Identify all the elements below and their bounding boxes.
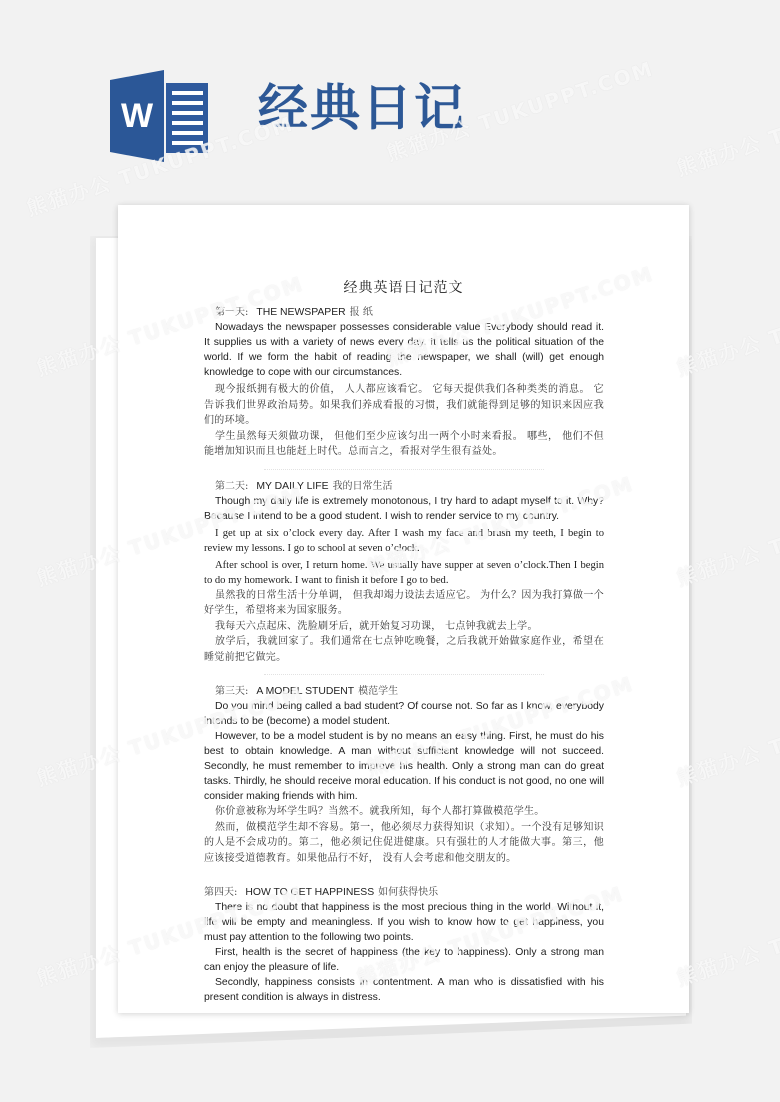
entry-title-zh: 如何获得快乐 bbox=[378, 887, 438, 898]
paragraph: After school is over, I return home. We … bbox=[204, 558, 604, 588]
paragraph: There is no doubt that happiness is the … bbox=[204, 900, 604, 945]
paragraph: However, to be a model student is by no … bbox=[204, 729, 604, 804]
paragraph: 你价意被称为坏学生吗？当然不。就我所知，每个人都打算做模范学生。 bbox=[204, 804, 604, 820]
section-divider bbox=[264, 469, 544, 470]
entry-heading: 第二天:MY DAILY LIFE我的日常生活 bbox=[204, 479, 604, 494]
header-banner: W 经典日记 bbox=[0, 0, 780, 200]
paragraph: Nowadays the newspaper possesses conside… bbox=[204, 320, 604, 380]
section-divider bbox=[264, 674, 544, 675]
entry-title-zh: 模范学生 bbox=[358, 686, 398, 697]
paragraph: First, health is the secret of happiness… bbox=[204, 945, 604, 975]
paragraph: 我每天六点起床、洗脸刷牙后，就开始复习功课， 七点钟我就去上学。 bbox=[204, 619, 604, 635]
diary-entry-day1: 第一天:THE NEWSPAPER报 纸 Nowadays the newspa… bbox=[204, 305, 604, 460]
entry-title-en: A MODEL STUDENT bbox=[256, 686, 354, 697]
paragraph: I get up at six o’clock every day. After… bbox=[204, 526, 604, 556]
paragraph: 放学后，我就回家了。我们通常在七点钟吃晚餐，之后我就开始做家庭作业，希望在睡觉前… bbox=[204, 634, 604, 665]
microsoft-word-icon: W bbox=[108, 70, 210, 162]
page-title: 经典日记 bbox=[258, 76, 466, 140]
entry-title-zh: 我的日常生活 bbox=[333, 481, 393, 492]
entry-day: 第二天: bbox=[215, 481, 248, 492]
entry-day: 第三天: bbox=[215, 686, 248, 697]
paragraph: Secondly, happiness consists in contentm… bbox=[204, 975, 604, 1005]
paragraph: 然而，做模范学生却不容易。第一，他必须尽力获得知识（求知）。一个没有足够知识的人… bbox=[204, 820, 604, 867]
document-title: 经典英语日记范文 bbox=[118, 277, 689, 297]
document-page: 经典英语日记范文 第一天:THE NEWSPAPER报 纸 Nowadays t… bbox=[118, 205, 689, 1013]
paragraph: 学生虽然每天须做功课， 但他们至少应该匀出一两个小时来看报。 哪些， 他们不但能… bbox=[204, 429, 604, 460]
section-spacer bbox=[264, 875, 544, 876]
entry-title-en: THE NEWSPAPER bbox=[256, 307, 345, 318]
diary-entry-day2: 第二天:MY DAILY LIFE我的日常生活 Though my daily … bbox=[204, 479, 604, 666]
paragraph: Do you mind being called a bad student? … bbox=[204, 699, 604, 729]
entry-title-zh: 报 纸 bbox=[350, 307, 373, 318]
document-body: 第一天:THE NEWSPAPER报 纸 Nowadays the newspa… bbox=[204, 305, 604, 1005]
entry-heading: 第四天:HOW TO GET HAPPINESS如何获得快乐 bbox=[204, 885, 604, 900]
entry-day: 第一天: bbox=[215, 307, 248, 318]
entry-title-en: MY DAILY LIFE bbox=[256, 481, 328, 492]
entry-heading: 第三天:A MODEL STUDENT模范学生 bbox=[204, 684, 604, 699]
paragraph: 现今报纸拥有极大的价值， 人人都应该看它。 它每天提供我们各种类类的消息。 它告… bbox=[204, 382, 604, 429]
diary-entry-day3: 第三天:A MODEL STUDENT模范学生 Do you mind bein… bbox=[204, 684, 604, 866]
paragraph: 虽然我的日常生活十分单调， 但我却竭力设法去适应它。 为什么？因为我打算做一个好… bbox=[204, 588, 604, 619]
svg-text:W: W bbox=[121, 97, 154, 135]
entry-day: 第四天: bbox=[204, 887, 237, 898]
diary-entry-day4: 第四天:HOW TO GET HAPPINESS如何获得快乐 There is … bbox=[204, 885, 604, 1005]
entry-title-en: HOW TO GET HAPPINESS bbox=[245, 887, 374, 898]
entry-heading: 第一天:THE NEWSPAPER报 纸 bbox=[204, 305, 604, 320]
paragraph: Though my daily life is extremely monoto… bbox=[204, 494, 604, 524]
